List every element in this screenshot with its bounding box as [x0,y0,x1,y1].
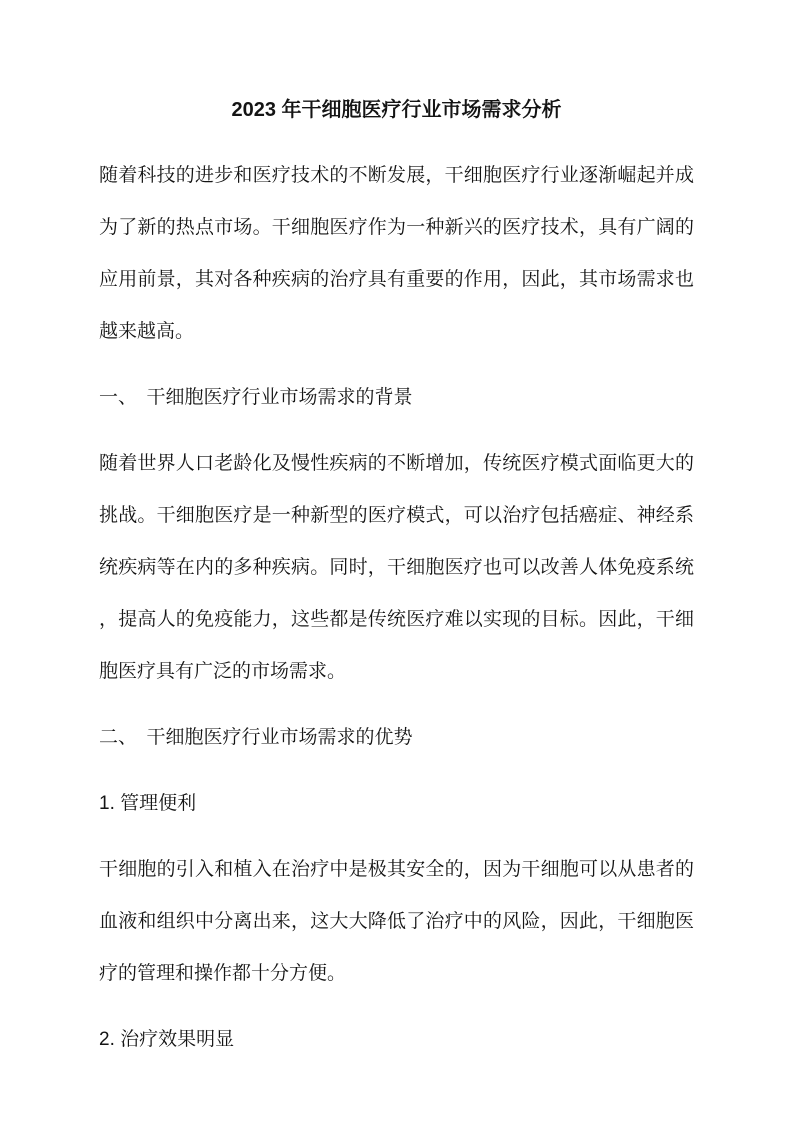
paragraph: 干细胞的引入和植入在治疗中是极其安全的，因为干细胞可以从患者的血液和组织中分离出… [99,844,694,1000]
paragraph: 随着世界人口老龄化及慢性疾病的不断增加，传统医疗模式面临更大的挑战。干细胞医疗是… [99,438,694,698]
sub-heading: 1. 管理便利 [99,778,694,830]
section-heading: 一、 干细胞医疗行业市场需求的背景 [99,372,694,424]
sub-heading: 2. 治疗效果明显 [99,1014,694,1066]
document-content: 2023 年干细胞医疗行业市场需求分析随着科技的进步和医疗技术的不断发展，干细胞… [99,84,694,1066]
paragraph: 随着科技的进步和医疗技术的不断发展，干细胞医疗行业逐渐崛起并成为了新的热点市场。… [99,150,694,358]
section-heading: 二、 干细胞医疗行业市场需求的优势 [99,712,694,764]
document-page: 2023 年干细胞医疗行业市场需求分析随着科技的进步和医疗技术的不断发展，干细胞… [0,0,793,1122]
document-title: 2023 年干细胞医疗行业市场需求分析 [99,84,694,136]
